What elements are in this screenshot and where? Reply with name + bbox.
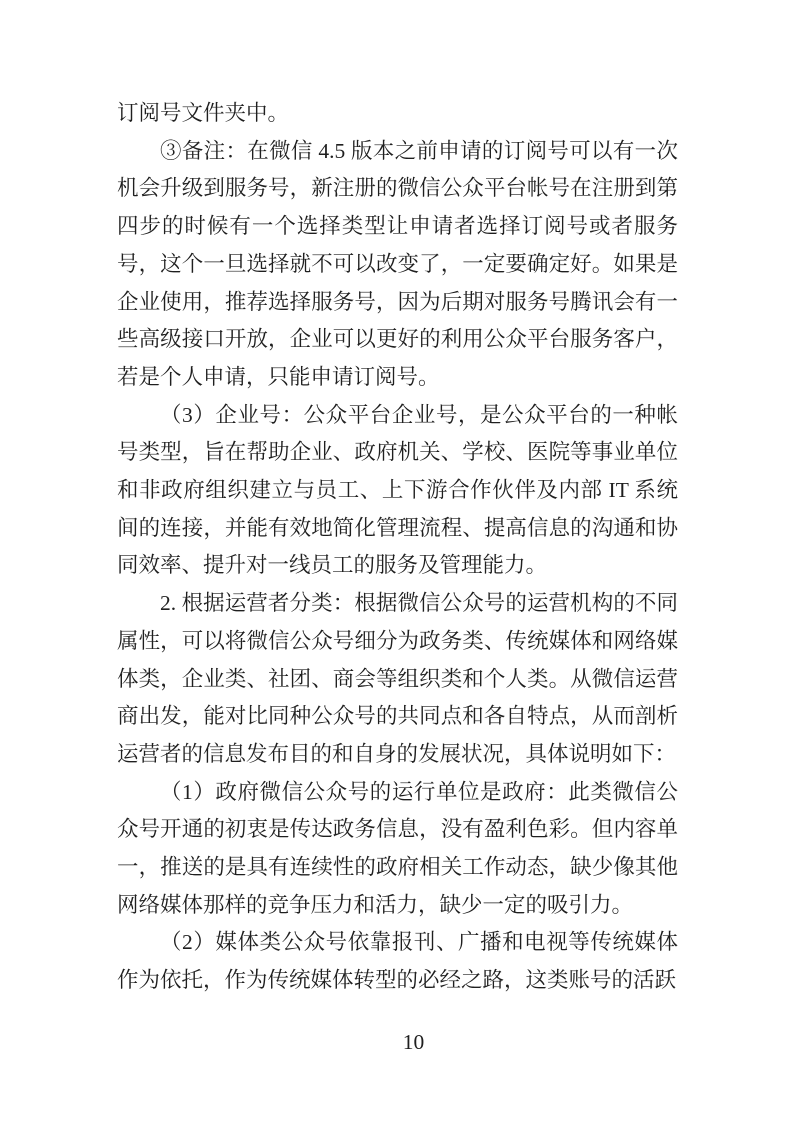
paragraph: 订阅号文件夹中。 — [117, 95, 678, 133]
page-body: 订阅号文件夹中。 ③备注：在微信 4.5 版本之前申请的订阅号可以有一次机会升级… — [117, 95, 678, 1000]
paragraph: （1）政府微信公众号的运行单位是政府：此类微信公众号开通的初衷是传达政务信息，没… — [117, 774, 678, 925]
paragraph: （3）企业号：公众平台企业号，是公众平台的一种帐号类型，旨在帮助企业、政府机关、… — [117, 397, 678, 586]
paragraph: ③备注：在微信 4.5 版本之前申请的订阅号可以有一次机会升级到服务号，新注册的… — [117, 133, 678, 397]
page-number: 10 — [17, 1024, 793, 1062]
document-page: 订阅号文件夹中。 ③备注：在微信 4.5 版本之前申请的订阅号可以有一次机会升级… — [0, 0, 793, 1122]
paragraph: （2）媒体类公众号依靠报刊、广播和电视等传统媒体作为依托，作为传统媒体转型的必经… — [117, 924, 678, 999]
paragraph: 2. 根据运营者分类：根据微信公众号的运营机构的不同属性，可以将微信公众号细分为… — [117, 585, 678, 774]
